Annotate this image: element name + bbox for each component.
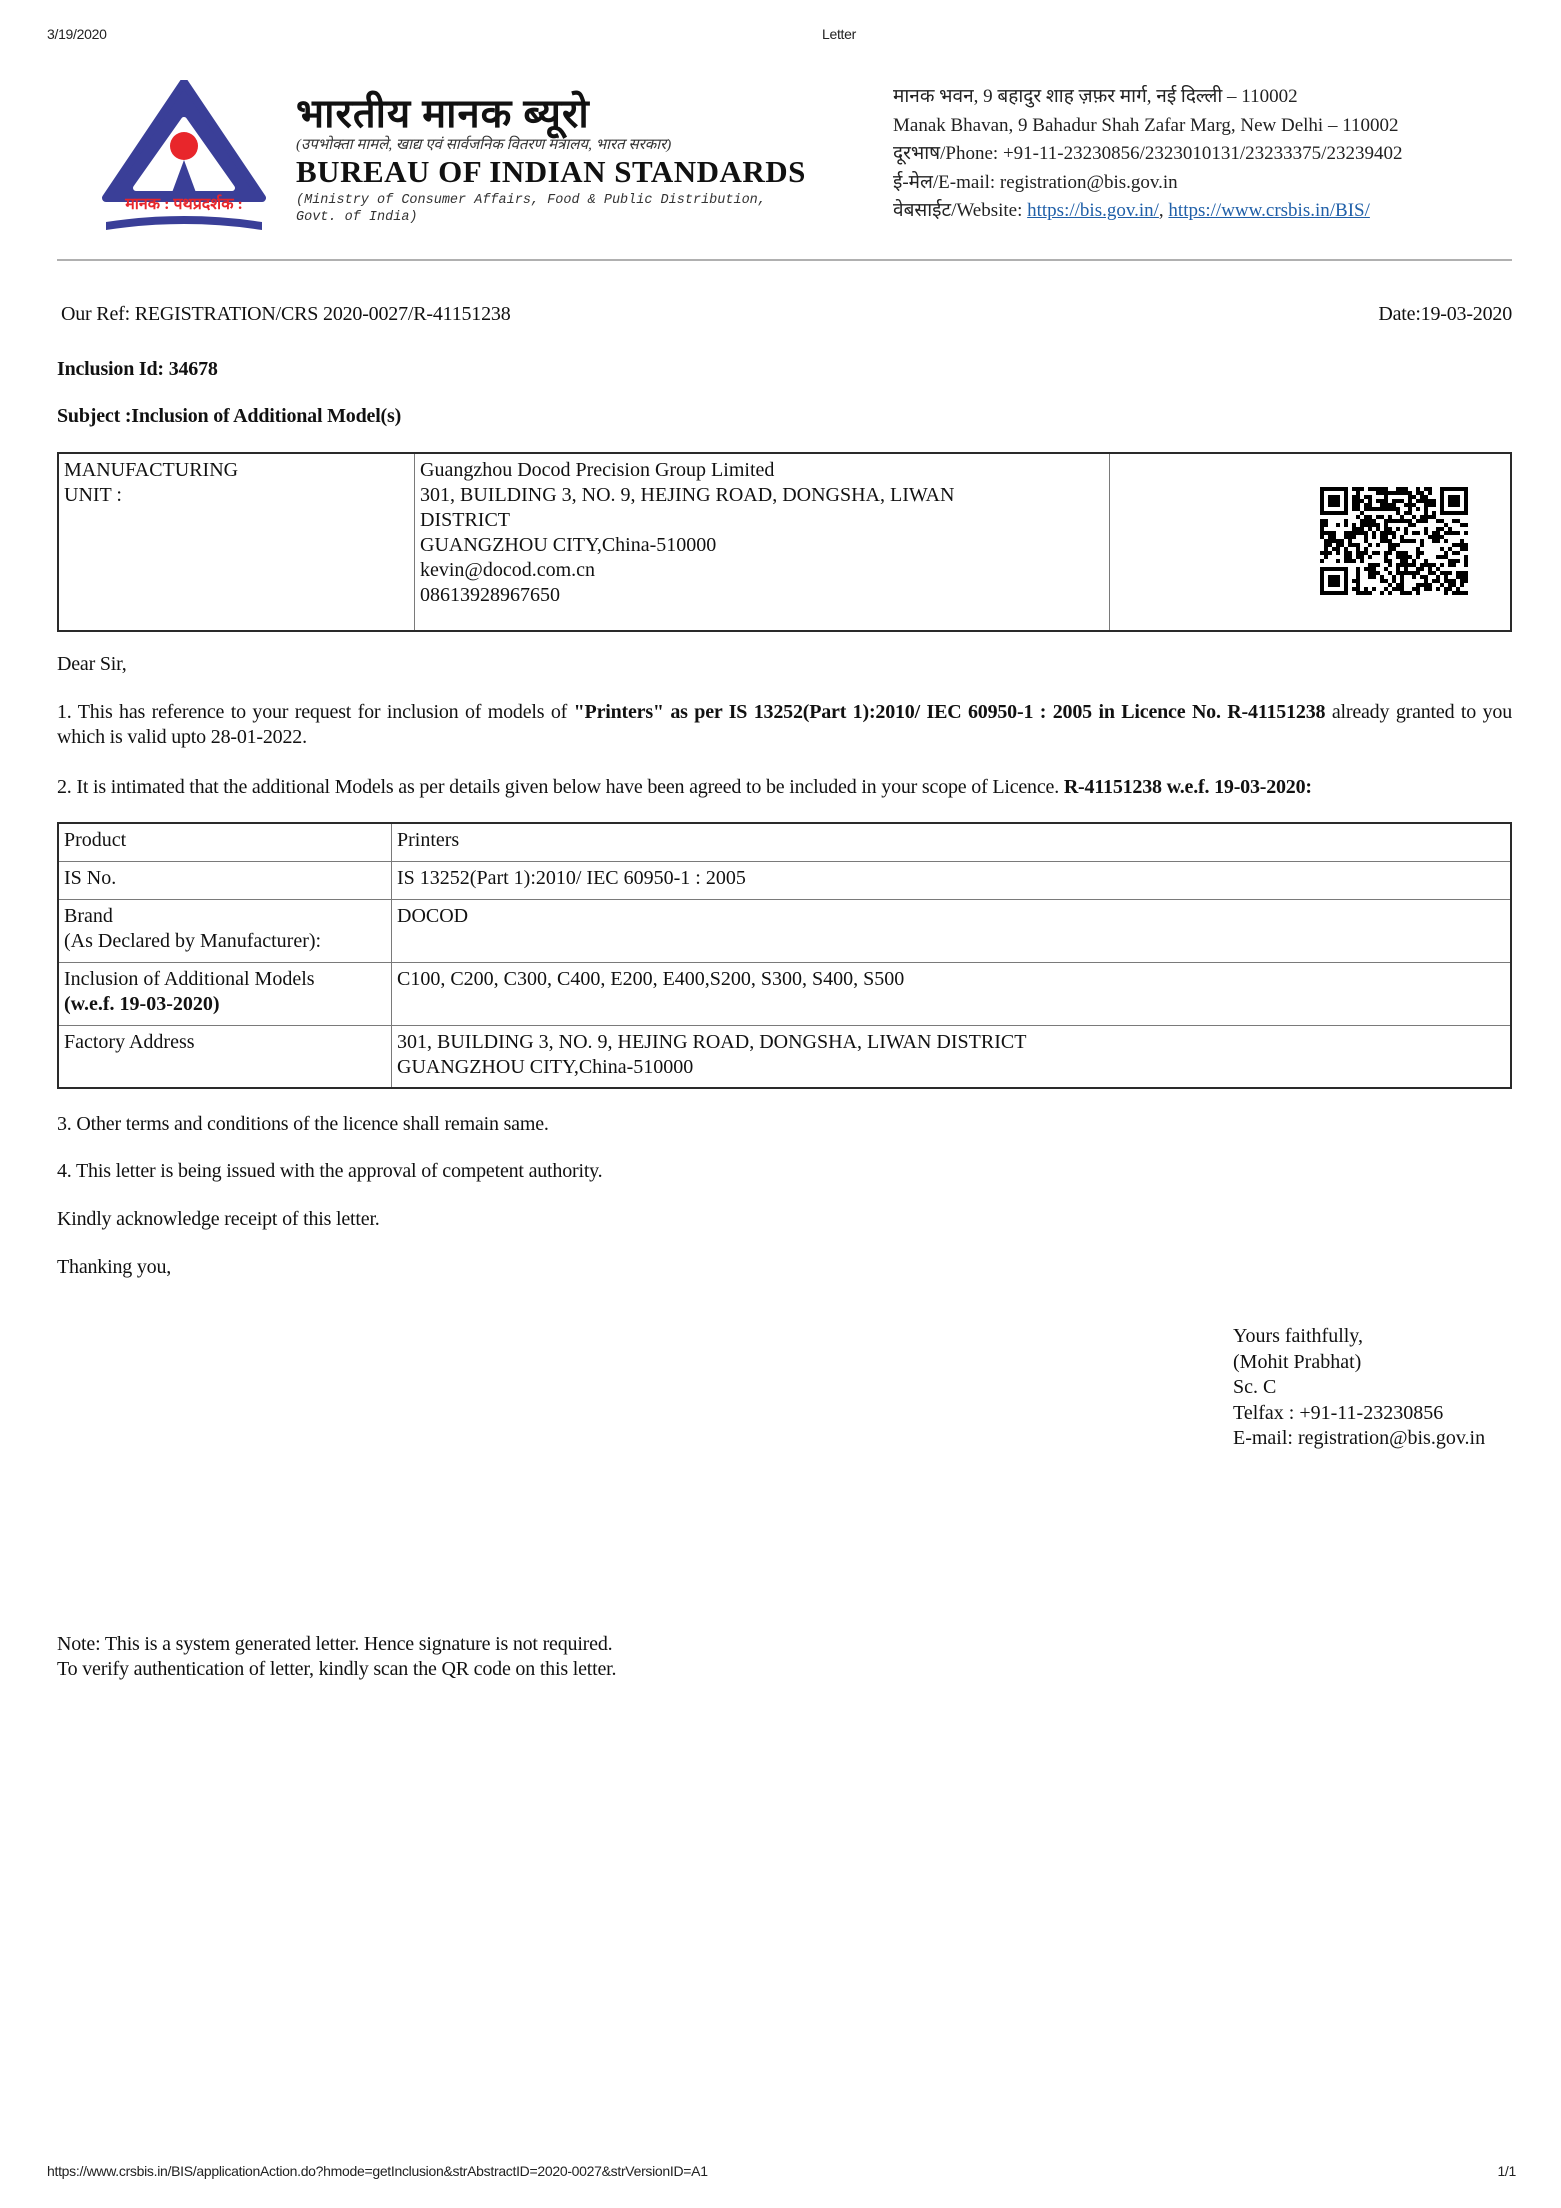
row-label: Factory Address	[58, 1025, 392, 1088]
hindi-title: भारतीय मानक ब्यूरो	[296, 84, 590, 139]
row-value: IS 13252(Part 1):2010/ IEC 60950-1 : 200…	[392, 861, 1512, 899]
table-row: Inclusion of Additional Models(w.e.f. 19…	[58, 962, 1511, 1025]
label-text: Brand	[64, 904, 386, 929]
bis-logo: मानक : पथप्रदर्शक :	[100, 80, 268, 232]
value-text: DOCOD	[397, 904, 1505, 929]
bis-english-title: BUREAU OF INDIAN STANDARDS	[296, 154, 806, 190]
para1-bold: "Printers" as per IS 13252(Part 1):2010/…	[574, 701, 1326, 723]
ministry-line-1: (Ministry of Consumer Affairs, Food & Pu…	[296, 192, 766, 209]
address-line: GUANGZHOU CITY,China-510000	[420, 533, 1104, 558]
value-text: C100, C200, C300, C400, E200, E400,S200,…	[397, 967, 1505, 992]
email-value: registration@bis.gov.in	[1000, 172, 1178, 193]
label-line: MANUFACTURING	[64, 458, 409, 483]
para2-text: 2. It is intimated that the additional M…	[57, 776, 1064, 798]
para2-bold: R-41151238 w.e.f. 19-03-2020:	[1064, 776, 1312, 798]
value-text: GUANGZHOU CITY,China-510000	[397, 1055, 1505, 1080]
our-ref: Our Ref: REGISTRATION/CRS 2020-0027/R-41…	[61, 302, 511, 327]
print-title: Letter	[822, 26, 856, 42]
thanking-line: Thanking you,	[57, 1255, 171, 1280]
address-hindi: मानक भवन, 9 बहादुर शाह ज़फ़र मार्ग, नई द…	[893, 83, 1402, 112]
para1-text: 1. This has reference to your request fo…	[57, 701, 574, 723]
phone-label: दूरभाष/Phone:	[893, 143, 1003, 164]
signatory-telfax: Telfax : +91-11-23230856	[1233, 1401, 1485, 1427]
email-label: ई-मेल/E-mail:	[893, 172, 1000, 193]
system-note: Note: This is a system generated letter.…	[57, 1632, 616, 1682]
salutation: Dear Sir,	[57, 652, 127, 677]
email-line: ई-मेल/E-mail: registration@bis.gov.in	[893, 169, 1402, 198]
ministry-line: (Ministry of Consumer Affairs, Food & Pu…	[296, 192, 766, 226]
website-line: वेबसाईट/Website: https://bis.gov.in/, ht…	[893, 197, 1402, 226]
signatory-email: E-mail: registration@bis.gov.in	[1233, 1426, 1485, 1452]
address-english: Manak Bhavan, 9 Bahadur Shah Zafar Marg,…	[893, 112, 1402, 141]
website-link-crsbis[interactable]: https://www.crsbis.in/BIS/	[1168, 200, 1369, 221]
ministry-line-2: Govt. of India)	[296, 209, 766, 226]
row-label: Brand(As Declared by Manufacturer):	[58, 899, 392, 962]
table-row: Factory Address301, BUILDING 3, NO. 9, H…	[58, 1025, 1511, 1088]
row-value: C100, C200, C300, C400, E200, E400,S200,…	[392, 962, 1512, 1025]
letter-date: Date:19-03-2020	[1378, 302, 1512, 327]
value-text: Printers	[397, 828, 1505, 853]
label-text: (As Declared by Manufacturer):	[64, 929, 386, 954]
company-email: kevin@docod.com.cn	[420, 558, 1104, 583]
model-details-table: ProductPrintersIS No.IS 13252(Part 1):20…	[57, 822, 1512, 1089]
inclusion-id: Inclusion Id: 34678	[57, 357, 218, 382]
value-text: 301, BUILDING 3, NO. 9, HEJING ROAD, DON…	[397, 1030, 1505, 1055]
value-text: IS 13252(Part 1):2010/ IEC 60950-1 : 200…	[397, 866, 1505, 891]
manufacturing-unit-details: Guangzhou Docod Precision Group Limited …	[415, 453, 1110, 631]
hindi-subtitle: (उपभोक्ता मामले, खाद्य एवं सार्वजनिक वित…	[296, 134, 671, 154]
paragraph-4: 4. This letter is being issued with the …	[57, 1159, 602, 1184]
row-label: Inclusion of Additional Models(w.e.f. 19…	[58, 962, 392, 1025]
qr-code-icon[interactable]	[1320, 487, 1468, 595]
row-value: Printers	[392, 823, 1512, 861]
signature-block: Yours faithfully, (Mohit Prabhat) Sc. C …	[1233, 1324, 1485, 1452]
signatory-designation: Sc. C	[1233, 1375, 1485, 1401]
print-footer-url: https://www.crsbis.in/BIS/applicationAct…	[47, 2163, 708, 2179]
table-row: MANUFACTURING UNIT : Guangzhou Docod Pre…	[58, 453, 1511, 631]
table-row: Brand(As Declared by Manufacturer):DOCOD	[58, 899, 1511, 962]
website-label: वेबसाईट/Website:	[893, 200, 1027, 221]
subject: Subject :Inclusion of Additional Model(s…	[57, 404, 401, 429]
label-text: Factory Address	[64, 1030, 386, 1055]
company-phone: 08613928967650	[420, 583, 1104, 608]
label-text: Inclusion of Additional Models	[64, 967, 386, 992]
acknowledge-line: Kindly acknowledge receipt of this lette…	[57, 1207, 380, 1232]
row-value: 301, BUILDING 3, NO. 9, HEJING ROAD, DON…	[392, 1025, 1512, 1088]
address-line: DISTRICT	[420, 508, 1104, 533]
paragraph-2: 2. It is intimated that the additional M…	[57, 775, 1517, 800]
row-label: IS No.	[58, 861, 392, 899]
note-line: Note: This is a system generated letter.…	[57, 1632, 616, 1657]
paragraph-3: 3. Other terms and conditions of the lic…	[57, 1112, 549, 1137]
table-row: ProductPrinters	[58, 823, 1511, 861]
company-name: Guangzhou Docod Precision Group Limited	[420, 458, 1104, 483]
label-text: Product	[64, 828, 386, 853]
manufacturing-unit-table: MANUFACTURING UNIT : Guangzhou Docod Pre…	[57, 452, 1512, 632]
print-date: 3/19/2020	[47, 26, 107, 42]
phone-line: दूरभाष/Phone: +91-11-23230856/2323010131…	[893, 140, 1402, 169]
note-line: To verify authentication of letter, kind…	[57, 1657, 616, 1682]
manufacturing-unit-label: MANUFACTURING UNIT :	[58, 453, 415, 631]
print-page-number: 1/1	[1497, 2163, 1516, 2179]
logo-motto: मानक : पथप्रदर्शक :	[108, 192, 260, 214]
row-value: DOCOD	[392, 899, 1512, 962]
paragraph-1: 1. This has reference to your request fo…	[57, 700, 1512, 750]
row-label: Product	[58, 823, 392, 861]
address-line: 301, BUILDING 3, NO. 9, HEJING ROAD, DON…	[420, 483, 1104, 508]
closing: Yours faithfully,	[1233, 1324, 1485, 1350]
header-divider	[57, 259, 1512, 261]
phone-value: +91-11-23230856/2323010131/23233375/2323…	[1003, 143, 1403, 164]
table-row: IS No.IS 13252(Part 1):2010/ IEC 60950-1…	[58, 861, 1511, 899]
website-link-bis[interactable]: https://bis.gov.in/	[1027, 200, 1159, 221]
website-separator: ,	[1159, 200, 1169, 221]
signatory-name: (Mohit Prabhat)	[1233, 1350, 1485, 1376]
label-bold: (w.e.f. 19-03-2020)	[64, 992, 386, 1017]
label-text: IS No.	[64, 866, 386, 891]
contact-block: मानक भवन, 9 बहादुर शाह ज़फ़र मार्ग, नई द…	[893, 83, 1402, 226]
label-line: UNIT :	[64, 483, 409, 508]
